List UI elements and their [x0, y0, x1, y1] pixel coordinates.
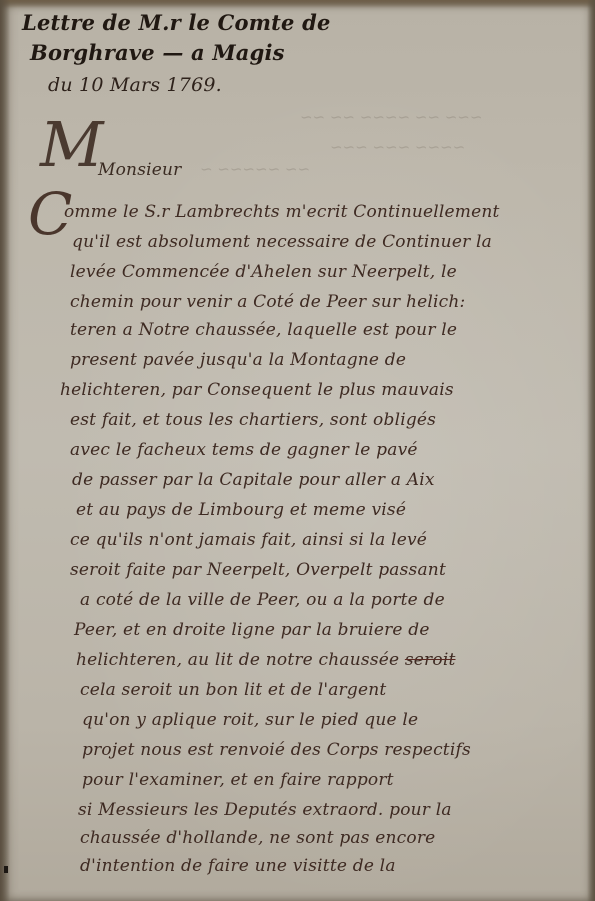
- body-line: de passer par la Capitale pour aller a A…: [72, 470, 435, 490]
- body-line: Peer, et en droite ligne par la bruiere …: [74, 620, 430, 640]
- body-line: qu'on y aplique roit, sur le pied que le: [82, 710, 418, 730]
- page-right-edge: [587, 0, 595, 901]
- bleed-through-text: ~~~~ ~~~ ~~~: [330, 138, 465, 156]
- bleed-through-text: ~~~ ~~ ~~~~ ~~ ~~: [300, 108, 482, 126]
- body-line: chaussée d'hollande, ne sont pas encore: [80, 828, 435, 848]
- body-line: present pavée jusqu'a la Montagne de: [70, 350, 406, 370]
- body-line: si Messieurs les Deputés extraord. pour …: [78, 800, 452, 820]
- letter-date: du 10 Mars 1769.: [48, 74, 222, 96]
- body-line: ce qu'ils n'ont jamais fait, ainsi si la…: [70, 530, 427, 550]
- body-line: a coté de la ville de Peer, ou a la port…: [80, 590, 445, 610]
- struck-out-word: seroit: [405, 650, 456, 670]
- bleed-through-text: ~~ ~~~~~ ~: [200, 160, 310, 178]
- body-line: et au pays de Limbourg et meme visé: [76, 500, 406, 520]
- body-line: helichteren, par Consequent le plus mauv…: [60, 380, 454, 400]
- page-top-edge: [0, 0, 595, 8]
- heading-line-2: Borghrave — a Magis: [30, 40, 285, 65]
- body-line: helichteren, au lit de notre chaussée se…: [76, 650, 456, 670]
- body-line: projet nous est renvoié des Corps respec…: [82, 740, 471, 760]
- salutation-initial: M: [40, 108, 103, 181]
- body-line: cela seroit un bon lit et de l'argent: [80, 680, 386, 700]
- page-left-edge: [0, 0, 10, 901]
- body-line: avec le facheux tems de gagner le pavé: [70, 440, 418, 460]
- body-line: levée Commencée d'Ahelen sur Neerpelt, l…: [70, 262, 457, 282]
- body-line: qu'il est absolument necessaire de Conti…: [72, 232, 492, 252]
- salutation: Monsieur: [98, 160, 182, 180]
- body-line: d'intention de faire une visitte de la: [80, 856, 396, 876]
- body-line: seroit faite par Neerpelt, Overpelt pass…: [70, 560, 446, 580]
- body-line: chemin pour venir a Coté de Peer sur hel…: [70, 292, 465, 312]
- body-line: omme le S.r Lambrechts m'ecrit Continuel…: [64, 202, 500, 222]
- manuscript-page: ~~~ ~~ ~~~~ ~~ ~~ ~~~~ ~~~ ~~~ ~~ ~~~~~ …: [0, 0, 595, 901]
- body-line-text: helichteren, au lit de notre chaussée: [76, 650, 399, 670]
- body-line: pour l'examiner, et en faire rapport: [82, 770, 394, 790]
- heading-line-1: Lettre de M.r le Comte de: [22, 10, 331, 35]
- ink-spot: [4, 866, 8, 873]
- body-line: teren a Notre chaussée, laquelle est pou…: [70, 320, 457, 340]
- body-line: est fait, et tous les chartiers, sont ob…: [70, 410, 436, 430]
